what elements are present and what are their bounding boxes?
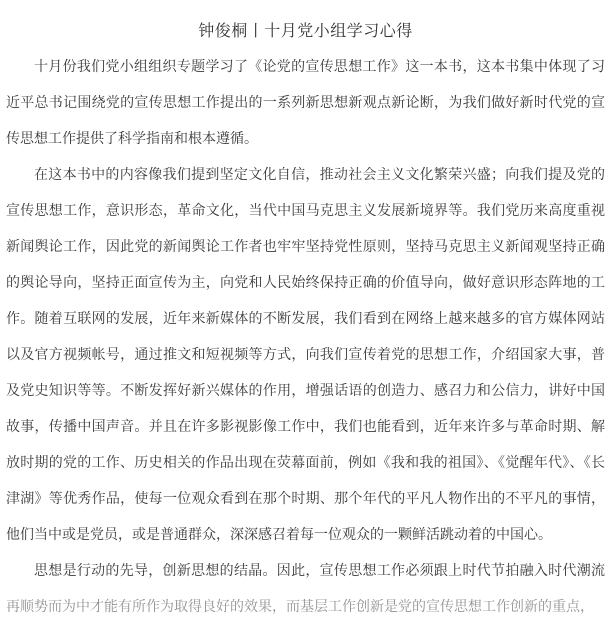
paragraph-1: 十月份我们党小组组织专题学习了《论党的宣传思想工作》这一本书，这本书集中体现了习…	[6, 50, 605, 158]
document-page: 钟俊桐丨十月党小组学习心得 十月份我们党小组组织专题学习了《论党的宣传思想工作》…	[0, 0, 612, 626]
document-title: 钟俊桐丨十月党小组学习心得	[6, 14, 605, 50]
paragraph-3: 思想是行动的先导，创新思想的结晶。因此，宣传思想工作必须跟上时代节拍融入时代潮流…	[6, 554, 605, 626]
paragraph-2: 在这本书中的内容像我们提到坚定文化自信，推动社会主义文化繁荣兴盛；向我们提及党的…	[6, 158, 605, 554]
document-viewport: 钟俊桐丨十月党小组学习心得 十月份我们党小组组织专题学习了《论党的宣传思想工作》…	[0, 0, 612, 640]
